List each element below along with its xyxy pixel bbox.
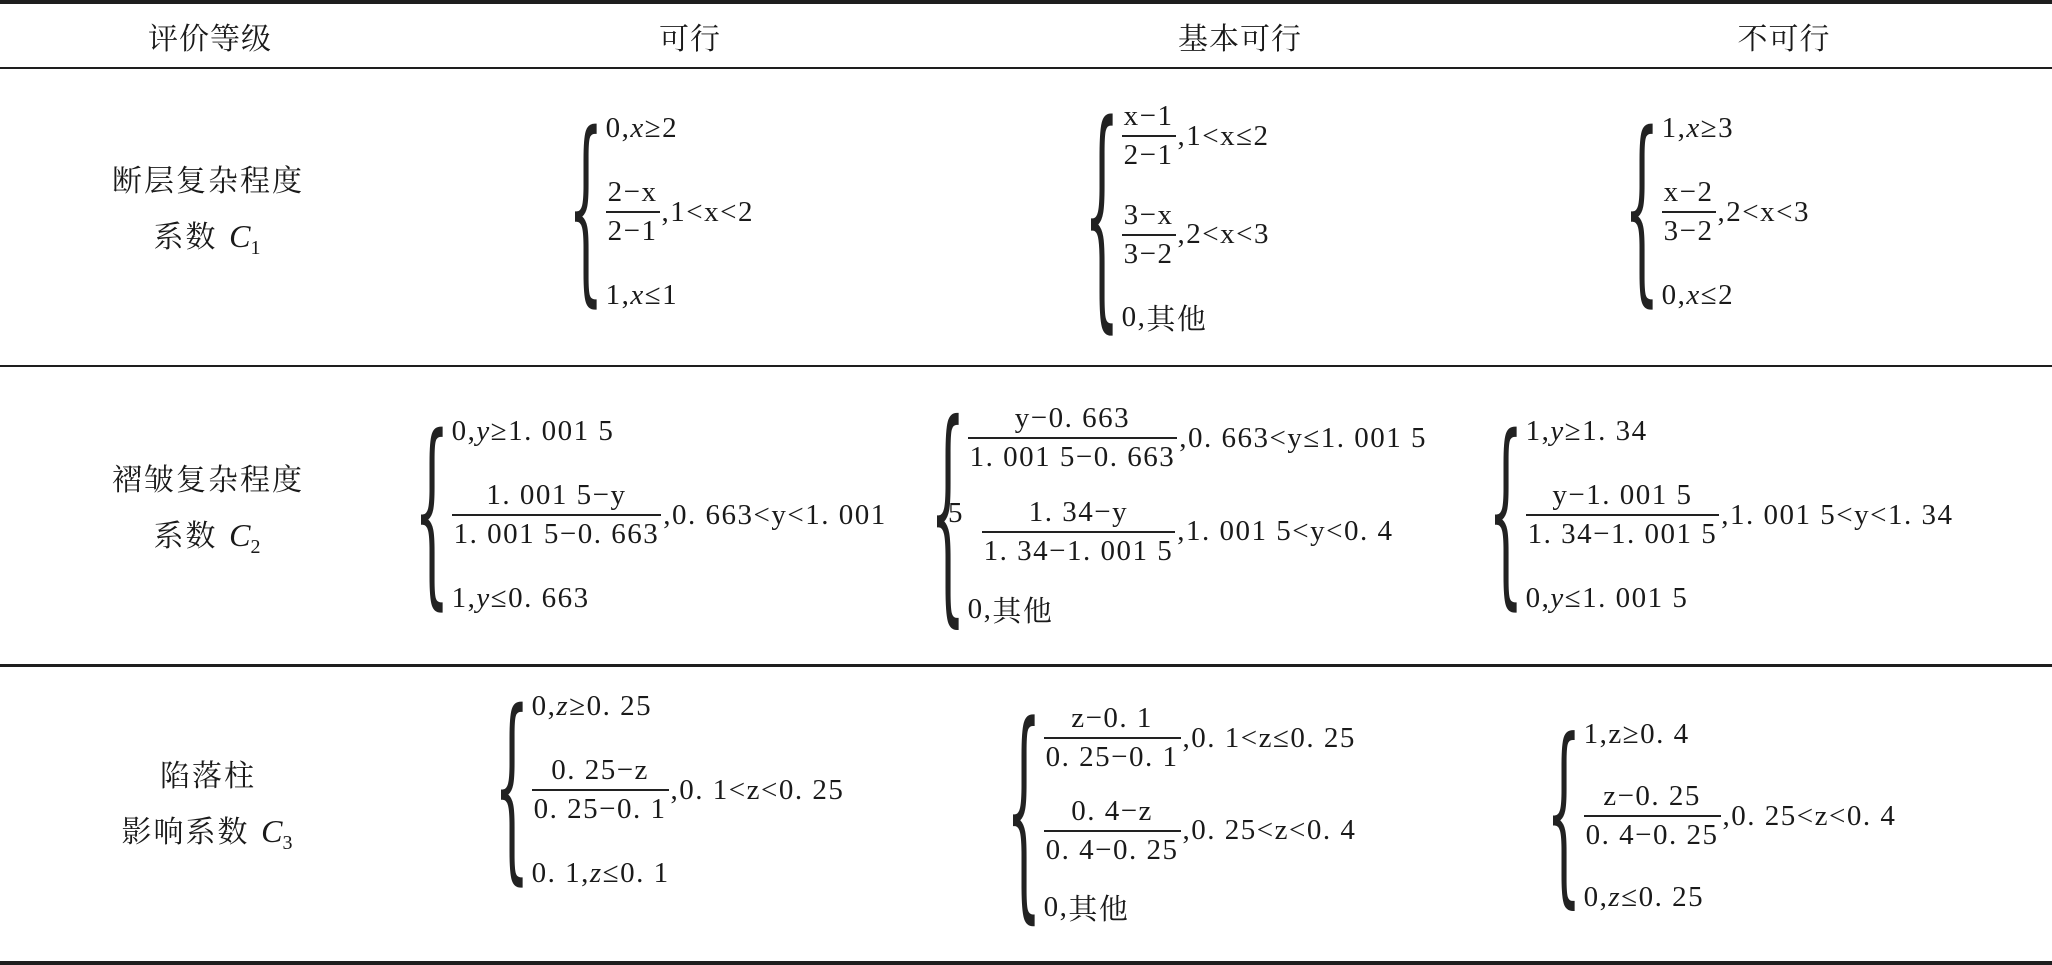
case-row: x−12−1,1<x≤2 (1122, 100, 1270, 172)
case-row: z−0. 250. 4−0. 25,0. 25<z<0. 4 (1584, 780, 1897, 852)
piecewise-c3-feasible: { 0,z≥0. 25 0. 25−z0. 25−0. 1,0. 1<z<0. … (494, 690, 844, 890)
fraction: 1. 34−y1. 34−1. 001 5 (982, 496, 1176, 568)
case-row: 1,y≥1. 34 (1526, 415, 1954, 448)
case-row: 0. 4−z0. 4−0. 25,0. 25<z<0. 4 (1044, 795, 1357, 867)
row-label-line1: 褶皱复杂程度 (112, 454, 304, 508)
piecewise-c2-basically-feasible: { y−0. 6631. 001 5−0. 663,0. 663<y≤1. 00… (930, 402, 1427, 630)
row-label-collapse-column: 陷落柱 影响系数 C3 (122, 750, 295, 870)
case-row: 0,其他 (1122, 297, 1270, 338)
fraction: 2−x2−1 (606, 176, 660, 248)
row-label-fault-complexity: 断层复杂程度 系数 C1 (112, 155, 304, 275)
piecewise-c1-feasible: { 0,x≥2 2−x2−1,1<x<2 1,x≤1 (568, 112, 754, 312)
case-row: x−23−2,2<x<3 (1662, 176, 1810, 248)
fraction: 1. 001 5−y1. 001 5−0. 663 (452, 479, 662, 551)
header-infeasible: 不可行 (1738, 14, 1831, 58)
piecewise-c2-infeasible: { 1,y≥1. 34 y−1. 001 51. 34−1. 001 5,1. … (1488, 415, 1953, 615)
case-row: y−1. 001 51. 34−1. 001 5,1. 001 5<y<1. 3… (1526, 479, 1954, 551)
header-evaluation-grade: 评价等级 (148, 14, 272, 58)
left-brace-icon: { (414, 414, 450, 616)
piecewise-c1-basically-feasible: { x−12−1,1<x≤2 3−x3−2,2<x<3 0,其他 (1084, 100, 1270, 338)
left-brace-icon: { (494, 689, 530, 891)
case-row: z−0. 10. 25−0. 1,0. 1<z≤0. 25 (1044, 702, 1357, 774)
header-divider (0, 67, 2052, 69)
fraction: 0. 4−z0. 4−0. 25 (1044, 795, 1181, 867)
case-row: 0. 1,z≤0. 1 (532, 857, 845, 890)
fraction: x−23−2 (1662, 176, 1716, 248)
overflow-digit: 5 (948, 497, 964, 530)
left-brace-icon: { (1006, 700, 1042, 930)
row-label-line2: 系数 C1 (112, 209, 304, 275)
case-row: 3−x3−2,2<x<3 (1122, 199, 1270, 271)
header-basically-feasible: 基本可行 (1178, 14, 1302, 58)
case-row: 0,其他 (968, 589, 1427, 630)
case-row: 1. 001 5−y1. 001 5−0. 663,0. 663<y<1. 00… (452, 479, 887, 551)
left-brace-icon: { (568, 111, 604, 313)
fraction: 0. 25−z0. 25−0. 1 (532, 754, 669, 826)
piecewise-c3-infeasible: { 1,z≥0. 4 z−0. 250. 4−0. 25,0. 25<z<0. … (1546, 718, 1896, 914)
fraction: x−12−1 (1122, 100, 1176, 172)
case-row: 2−x2−1,1<x<2 (606, 176, 754, 248)
piecewise-c2-feasible: { 0,y≥1. 001 5 1. 001 5−y1. 001 5−0. 663… (414, 415, 887, 615)
row-divider-2 (0, 664, 2052, 667)
fraction: z−0. 250. 4−0. 25 (1584, 780, 1721, 852)
case-row: 0,z≤0. 25 (1584, 881, 1897, 914)
fraction: z−0. 10. 25−0. 1 (1044, 702, 1181, 774)
case-row: 0,y≤1. 001 5 (1526, 582, 1954, 615)
piecewise-c1-infeasible: { 1,x≥3 x−23−2,2<x<3 0,x≤2 (1624, 112, 1810, 312)
case-row: 0. 25−z0. 25−0. 1,0. 1<z<0. 25 (532, 754, 845, 826)
case-row: 1,x≥3 (1662, 112, 1810, 145)
case-row: 0,x≤2 (1662, 279, 1810, 312)
case-row: 0,y≥1. 001 5 (452, 415, 887, 448)
row-label-line2: 影响系数 C3 (122, 804, 295, 870)
case-row: y−0. 6631. 001 5−0. 663,0. 663<y≤1. 001 … (968, 402, 1427, 474)
piecewise-c3-basically-feasible: { z−0. 10. 25−0. 1,0. 1<z≤0. 25 0. 4−z0.… (1006, 702, 1356, 928)
left-brace-icon: { (1546, 718, 1582, 914)
left-brace-icon: { (1488, 414, 1524, 616)
row-label-line1: 断层复杂程度 (112, 155, 304, 209)
row-label-line2: 系数 C2 (112, 508, 304, 574)
fraction: y−1. 001 51. 34−1. 001 5 (1526, 479, 1720, 551)
case-row: 0,z≥0. 25 (532, 690, 845, 723)
case-row: 0,其他 (1044, 887, 1357, 928)
left-brace-icon: { (1624, 111, 1660, 313)
case-row: 0,x≥2 (606, 112, 754, 145)
fraction: 3−x3−2 (1122, 199, 1176, 271)
row-label-fold-complexity: 褶皱复杂程度 系数 C2 (112, 454, 304, 574)
fraction: y−0. 6631. 001 5−0. 663 (968, 402, 1178, 474)
left-brace-icon: { (1084, 99, 1120, 340)
case-row: 1,y≤0. 663 (452, 582, 887, 615)
table-bottom-border (0, 961, 2052, 965)
table-top-border (0, 0, 2052, 4)
row-divider-1 (0, 365, 2052, 367)
header-feasible: 可行 (659, 14, 721, 58)
case-row: 1,x≤1 (606, 279, 754, 312)
case-row: 1. 34−y1. 34−1. 001 5,1. 001 5<y<0. 4 (968, 496, 1427, 568)
case-row: 1,z≥0. 4 (1584, 718, 1897, 751)
row-label-line1: 陷落柱 (122, 750, 295, 804)
